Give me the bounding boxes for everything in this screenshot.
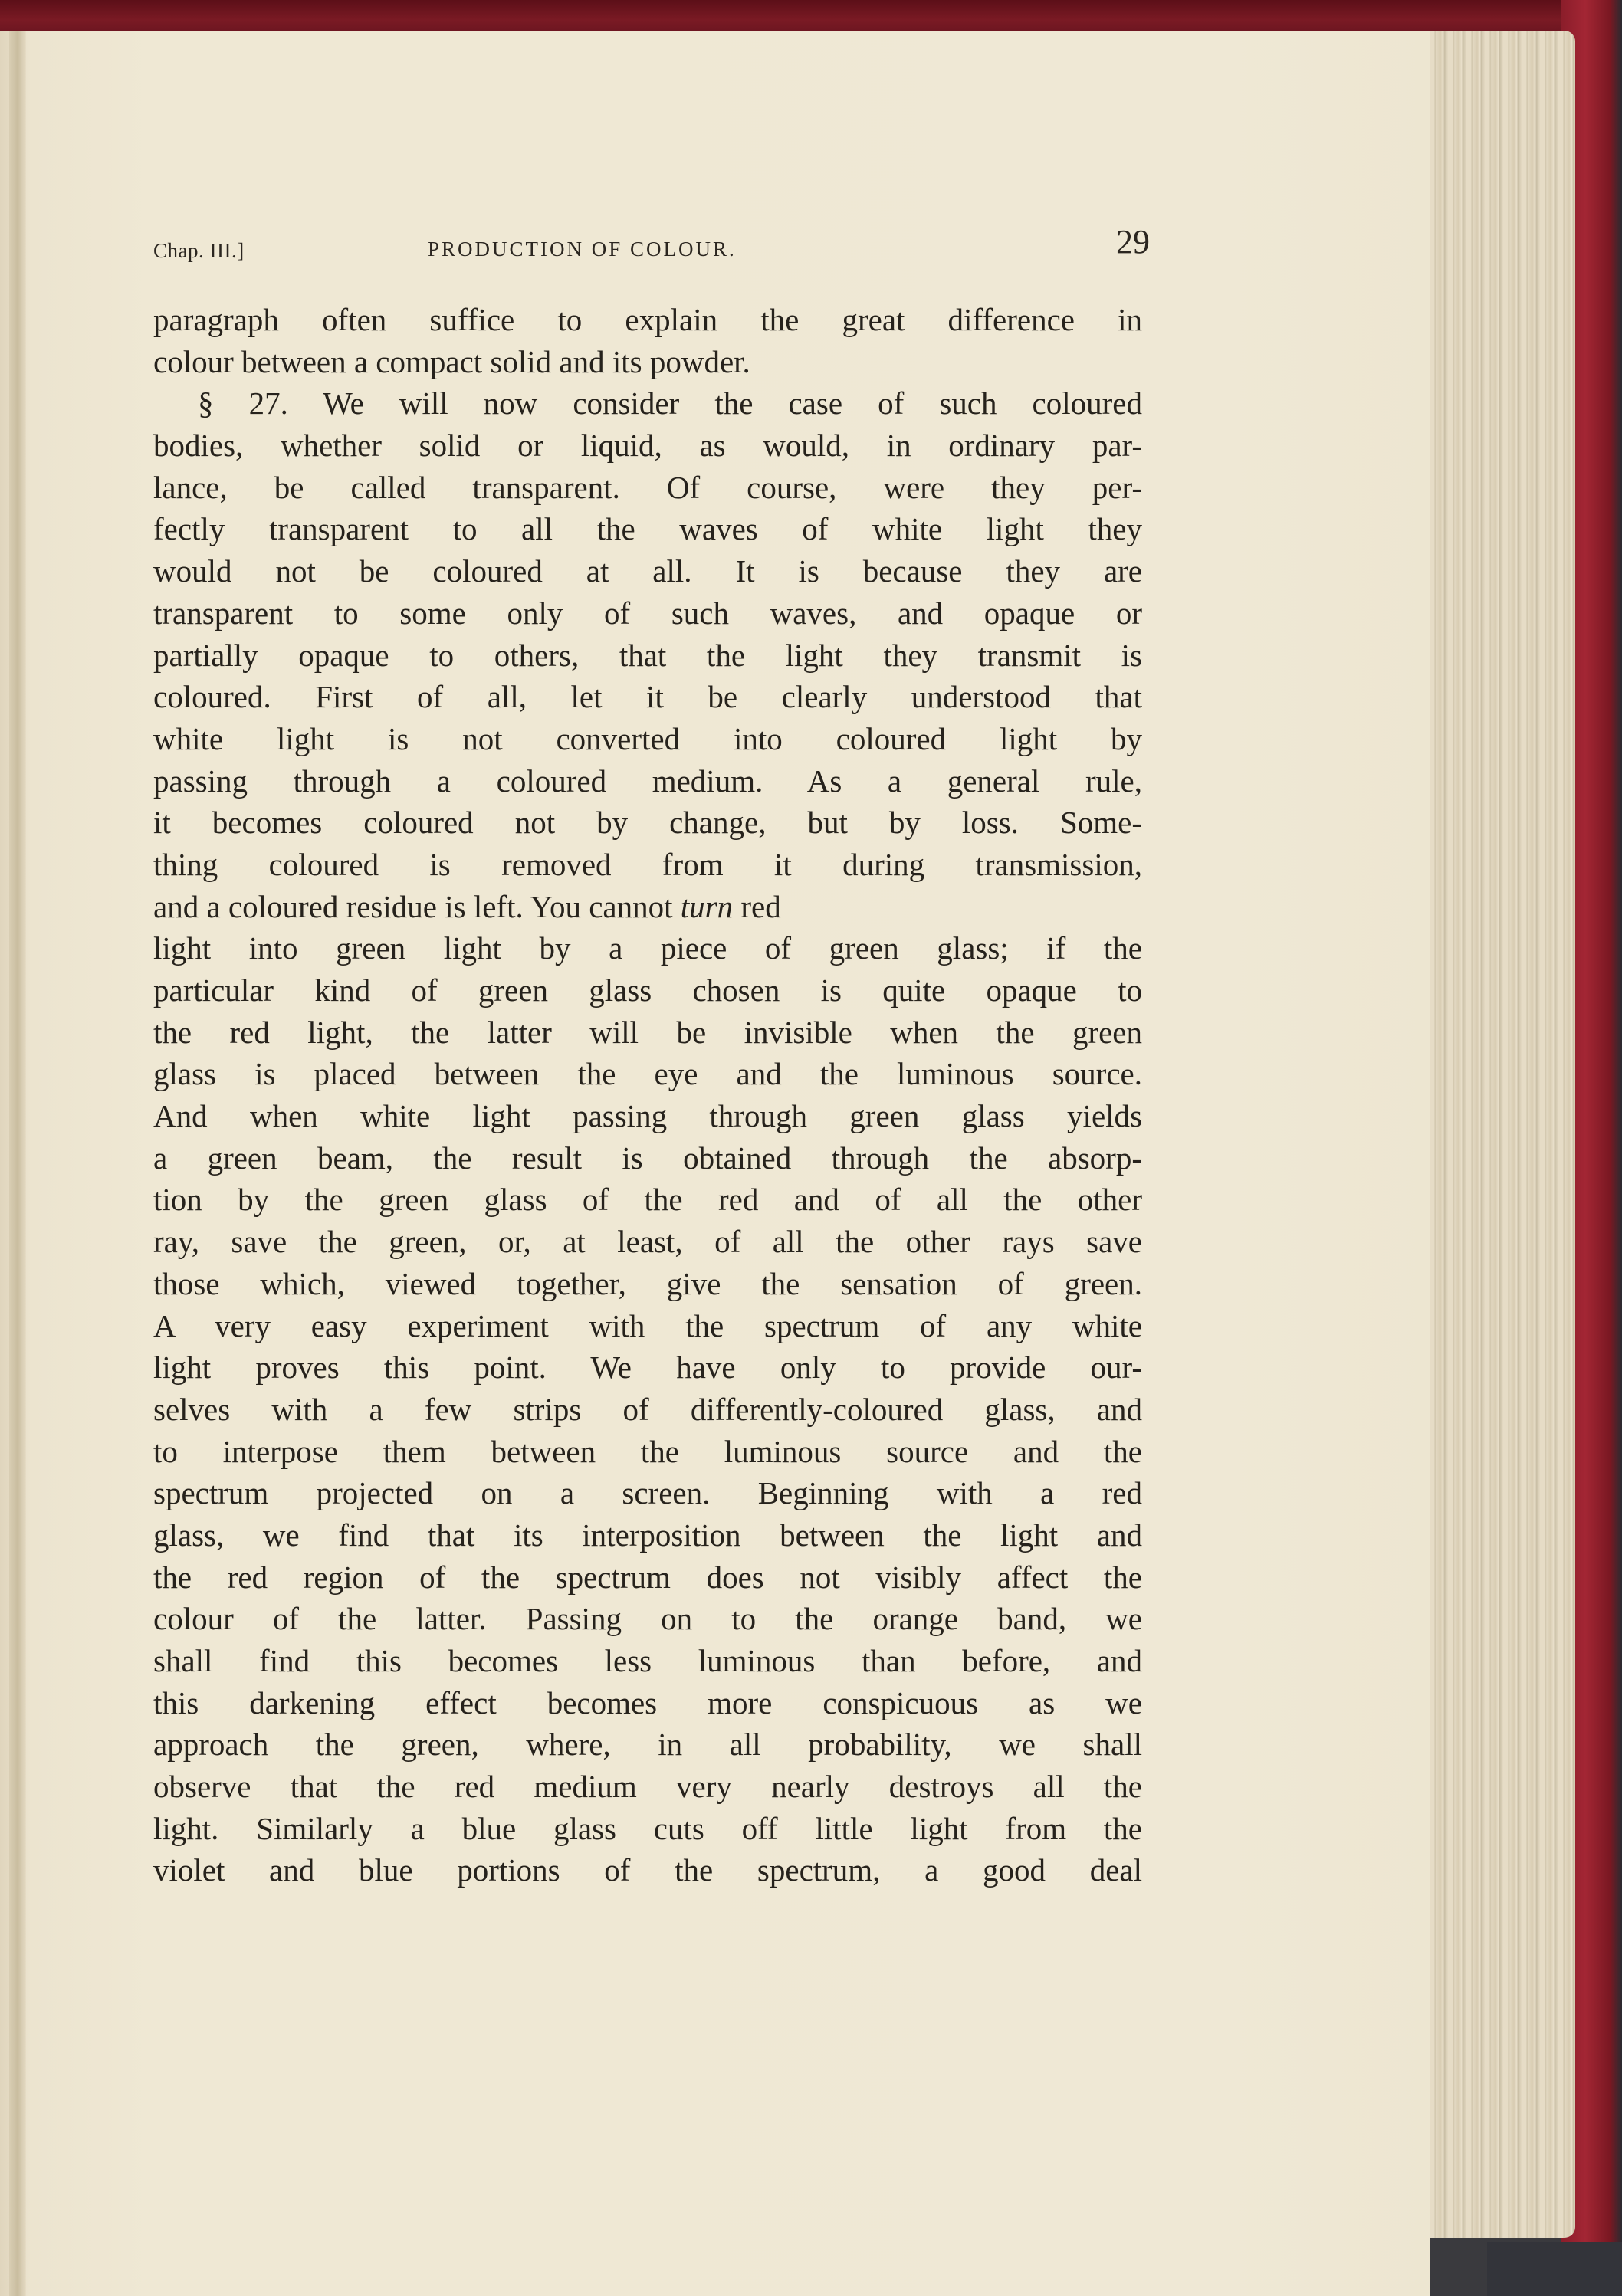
text-line: tion by the green glass of the red and o… — [153, 1179, 1142, 1221]
text-line: light proves this point. We have only to… — [153, 1346, 1142, 1389]
text-line: colour of the latter. Passing on to the … — [153, 1598, 1142, 1640]
page-gutter-shadow — [9, 31, 26, 2296]
text-line: this darkening effect becomes more consp… — [153, 1682, 1142, 1724]
text-line: paragraph often suffice to explain the g… — [153, 299, 1142, 341]
chapter-label: Chap. III.] — [153, 239, 245, 263]
text-line: and a coloured residue is left. You cann… — [153, 886, 1142, 928]
running-title: PRODUCTION OF COLOUR. — [428, 238, 737, 261]
page-number: 29 — [1116, 222, 1150, 261]
text-line: white light is not converted into colour… — [153, 718, 1142, 760]
text-line: coloured. First of all, let it be clearl… — [153, 676, 1142, 718]
body-text: paragraph often suffice to explain the g… — [153, 299, 1142, 1891]
text-line: A very easy experiment with the spectrum… — [153, 1305, 1142, 1347]
text-line: thing coloured is removed from it during… — [153, 844, 1142, 886]
text-line: light into green light by a piece of gre… — [153, 927, 1142, 969]
text-line: fectly transparent to all the waves of w… — [153, 508, 1142, 550]
text-line: light. Similarly a blue glass cuts off l… — [153, 1808, 1142, 1850]
text-line: glass, we find that its interposition be… — [153, 1514, 1142, 1556]
page-stack-edges — [1430, 31, 1575, 2238]
text-line: § 27. We will now consider the case of s… — [153, 382, 1142, 425]
text-line: spectrum projected on a screen. Beginnin… — [153, 1472, 1142, 1514]
book-cover-top-edge — [0, 0, 1622, 34]
text-line: it becomes coloured not by change, but b… — [153, 802, 1142, 844]
text-line: lance, be called transparent. Of course,… — [153, 467, 1142, 509]
text-line: partially opaque to others, that the lig… — [153, 635, 1142, 677]
text-line: passing through a coloured medium. As a … — [153, 760, 1142, 802]
text-line: to interpose them between the luminous s… — [153, 1431, 1142, 1473]
emphasis: turn — [681, 889, 733, 924]
text-line: those which, viewed together, give the s… — [153, 1263, 1142, 1305]
text-line: bodies, whether solid or liquid, as woul… — [153, 425, 1142, 467]
text-line: glass is placed between the eye and the … — [153, 1053, 1142, 1095]
text-line: particular kind of green glass chosen is… — [153, 969, 1142, 1012]
text-line: And when white light passing through gre… — [153, 1095, 1142, 1137]
text-line: observe that the red medium very nearly … — [153, 1766, 1142, 1808]
text-line: shall find this becomes less luminous th… — [153, 1640, 1142, 1682]
text-line: transparent to some only of such waves, … — [153, 592, 1142, 635]
text-line: colour between a compact solid and its p… — [153, 341, 1142, 383]
text-line: the red region of the spectrum does not … — [153, 1556, 1142, 1599]
text-line: ray, save the green, or, at least, of al… — [153, 1221, 1142, 1263]
text-line: approach the green, where, in all probab… — [153, 1724, 1142, 1766]
text-line: violet and blue portions of the spectrum… — [153, 1849, 1142, 1891]
background-cloth — [1487, 2242, 1622, 2296]
running-header: Chap. III.] PRODUCTION OF COLOUR. 29 — [153, 222, 1150, 268]
text-line: the red light, the latter will be invisi… — [153, 1012, 1142, 1054]
text-line: would not be coloured at all. It is beca… — [153, 550, 1142, 592]
text-line: a green beam, the result is obtained thr… — [153, 1137, 1142, 1179]
text-line: selves with a few strips of differently-… — [153, 1389, 1142, 1431]
